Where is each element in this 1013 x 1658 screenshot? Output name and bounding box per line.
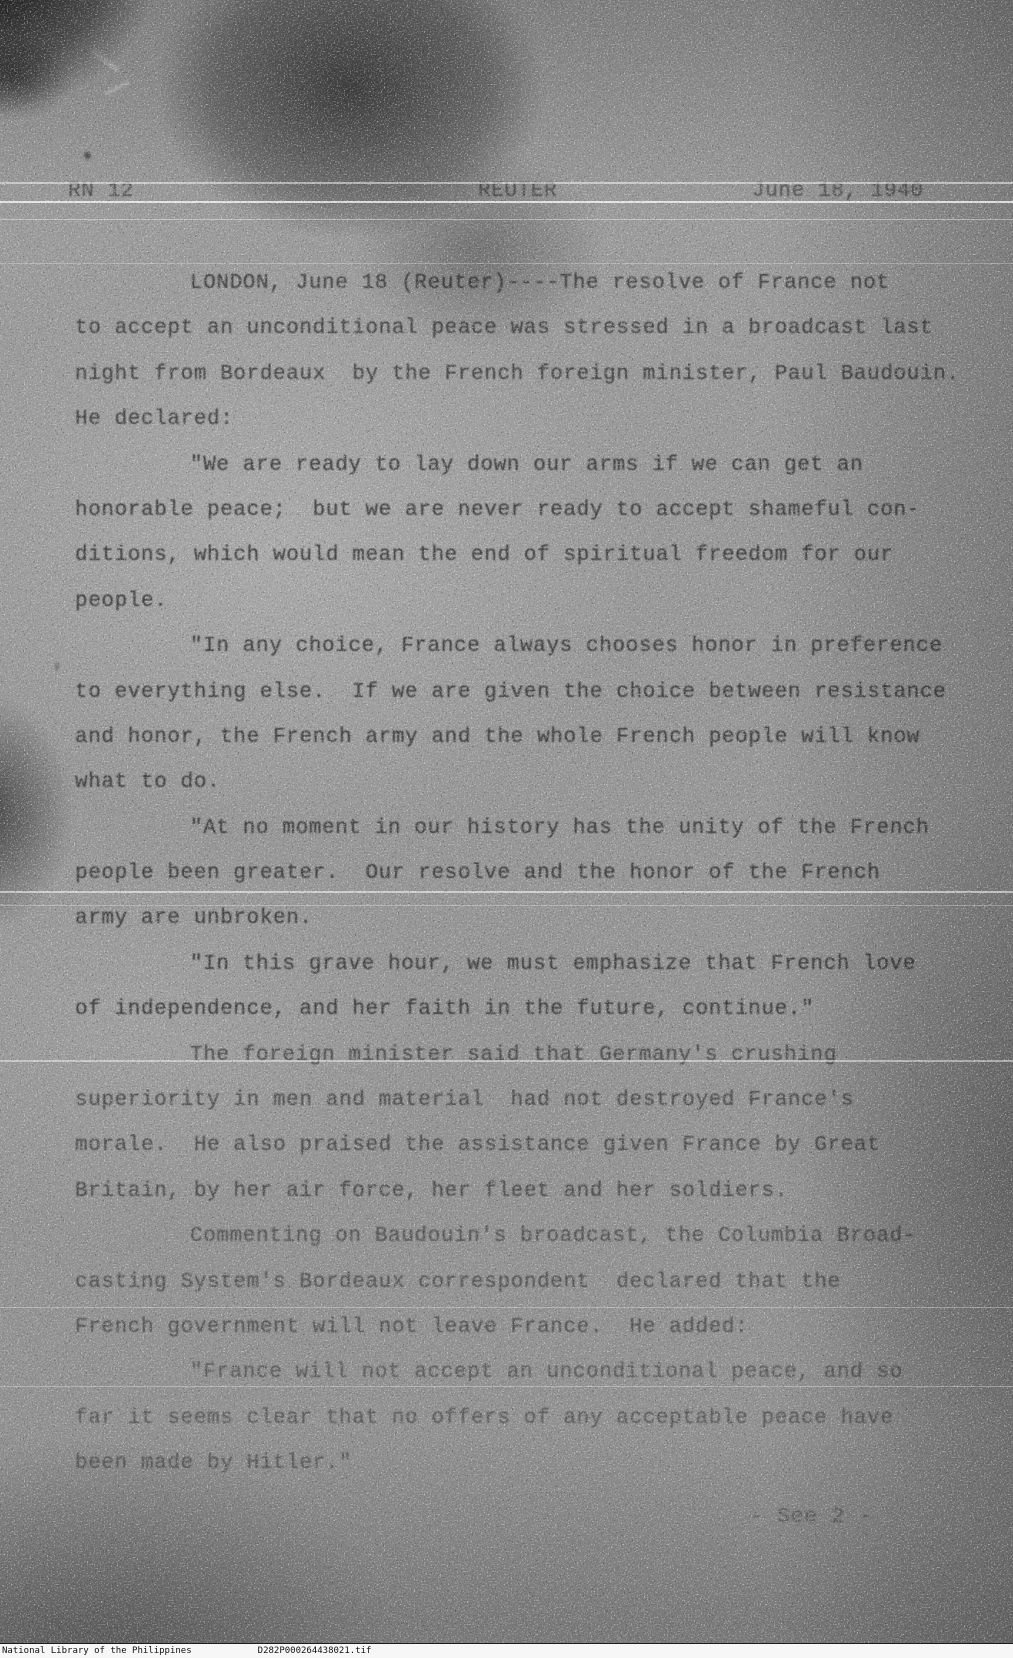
text-line: night from Bordeaux by the French foreig…: [75, 352, 953, 397]
dispatch-body: LONDON, June 18 (Reuter)----The resolve …: [75, 261, 953, 1487]
dispatch-ref: RN 12: [68, 180, 134, 203]
scratch-mark: [90, 48, 120, 73]
ink-dot: [55, 662, 59, 671]
paragraph: "In any choice, France always chooses ho…: [75, 624, 953, 806]
dispatch-header: RN 12 REUTER June 18, 1940: [0, 180, 1013, 208]
text-line: casting System's Bordeaux correspondent …: [75, 1260, 953, 1305]
text-line: French government will not leave France.…: [75, 1305, 953, 1350]
paragraph: "France will not accept an unconditional…: [75, 1350, 953, 1486]
paragraph: "At no moment in our history has the uni…: [75, 806, 953, 942]
ink-dot: [84, 152, 91, 159]
text-line: Commenting on Baudouin's broadcast, the …: [75, 1214, 953, 1259]
text-line: superiority in men and material had not …: [75, 1078, 953, 1123]
scan-filename: D282P000264438021.tif: [258, 1646, 372, 1656]
text-line: "In any choice, France always chooses ho…: [75, 624, 953, 669]
paragraph: The foreign minister said that Germany's…: [75, 1033, 953, 1215]
text-line: been made by Hitler.": [75, 1441, 953, 1486]
dateline: June 18, 1940: [752, 180, 924, 203]
text-line: Britain, by her air force, her fleet and…: [75, 1169, 953, 1214]
paragraph: Commenting on Baudouin's broadcast, the …: [75, 1214, 953, 1350]
archive-strip: National Library of the Philippines D282…: [0, 1643, 1013, 1658]
scanline: [0, 219, 1013, 220]
text-line: "In this grave hour, we must emphasize t…: [75, 942, 953, 987]
text-line: ditions, which would mean the end of spi…: [75, 533, 953, 578]
scanned-document-page: RN 12 REUTER June 18, 1940 LONDON, June …: [0, 0, 1013, 1658]
text-line: The foreign minister said that Germany's…: [75, 1033, 953, 1078]
text-line: "At no moment in our history has the uni…: [75, 806, 953, 851]
text-line: He declared:: [75, 397, 953, 442]
text-line: of independence, and her faith in the fu…: [75, 987, 953, 1032]
text-line: and honor, the French army and the whole…: [75, 715, 953, 760]
text-line: "We are ready to lay down our arms if we…: [75, 443, 953, 488]
agency-title: REUTER: [478, 180, 557, 203]
text-line: "France will not accept an unconditional…: [75, 1350, 953, 1395]
text-line: far it seems clear that no offers of any…: [75, 1396, 953, 1441]
text-line: people been greater. Our resolve and the…: [75, 851, 953, 896]
text-line: what to do.: [75, 760, 953, 805]
text-line: morale. He also praised the assistance g…: [75, 1123, 953, 1168]
library-credit: National Library of the Philippines: [2, 1646, 192, 1656]
scratch-mark: [105, 80, 130, 96]
continuation-note: - See 2 -: [750, 1506, 872, 1529]
text-line: army are unbroken.: [75, 896, 953, 941]
paragraph: "In this grave hour, we must emphasize t…: [75, 942, 953, 1033]
text-line: to accept an unconditional peace was str…: [75, 306, 953, 351]
paragraph: LONDON, June 18 (Reuter)----The resolve …: [75, 261, 953, 443]
text-line: LONDON, June 18 (Reuter)----The resolve …: [75, 261, 953, 306]
text-line: people.: [75, 579, 953, 624]
paragraph: "We are ready to lay down our arms if we…: [75, 443, 953, 625]
text-line: to everything else. If we are given the …: [75, 670, 953, 715]
text-line: honorable peace; but we are never ready …: [75, 488, 953, 533]
